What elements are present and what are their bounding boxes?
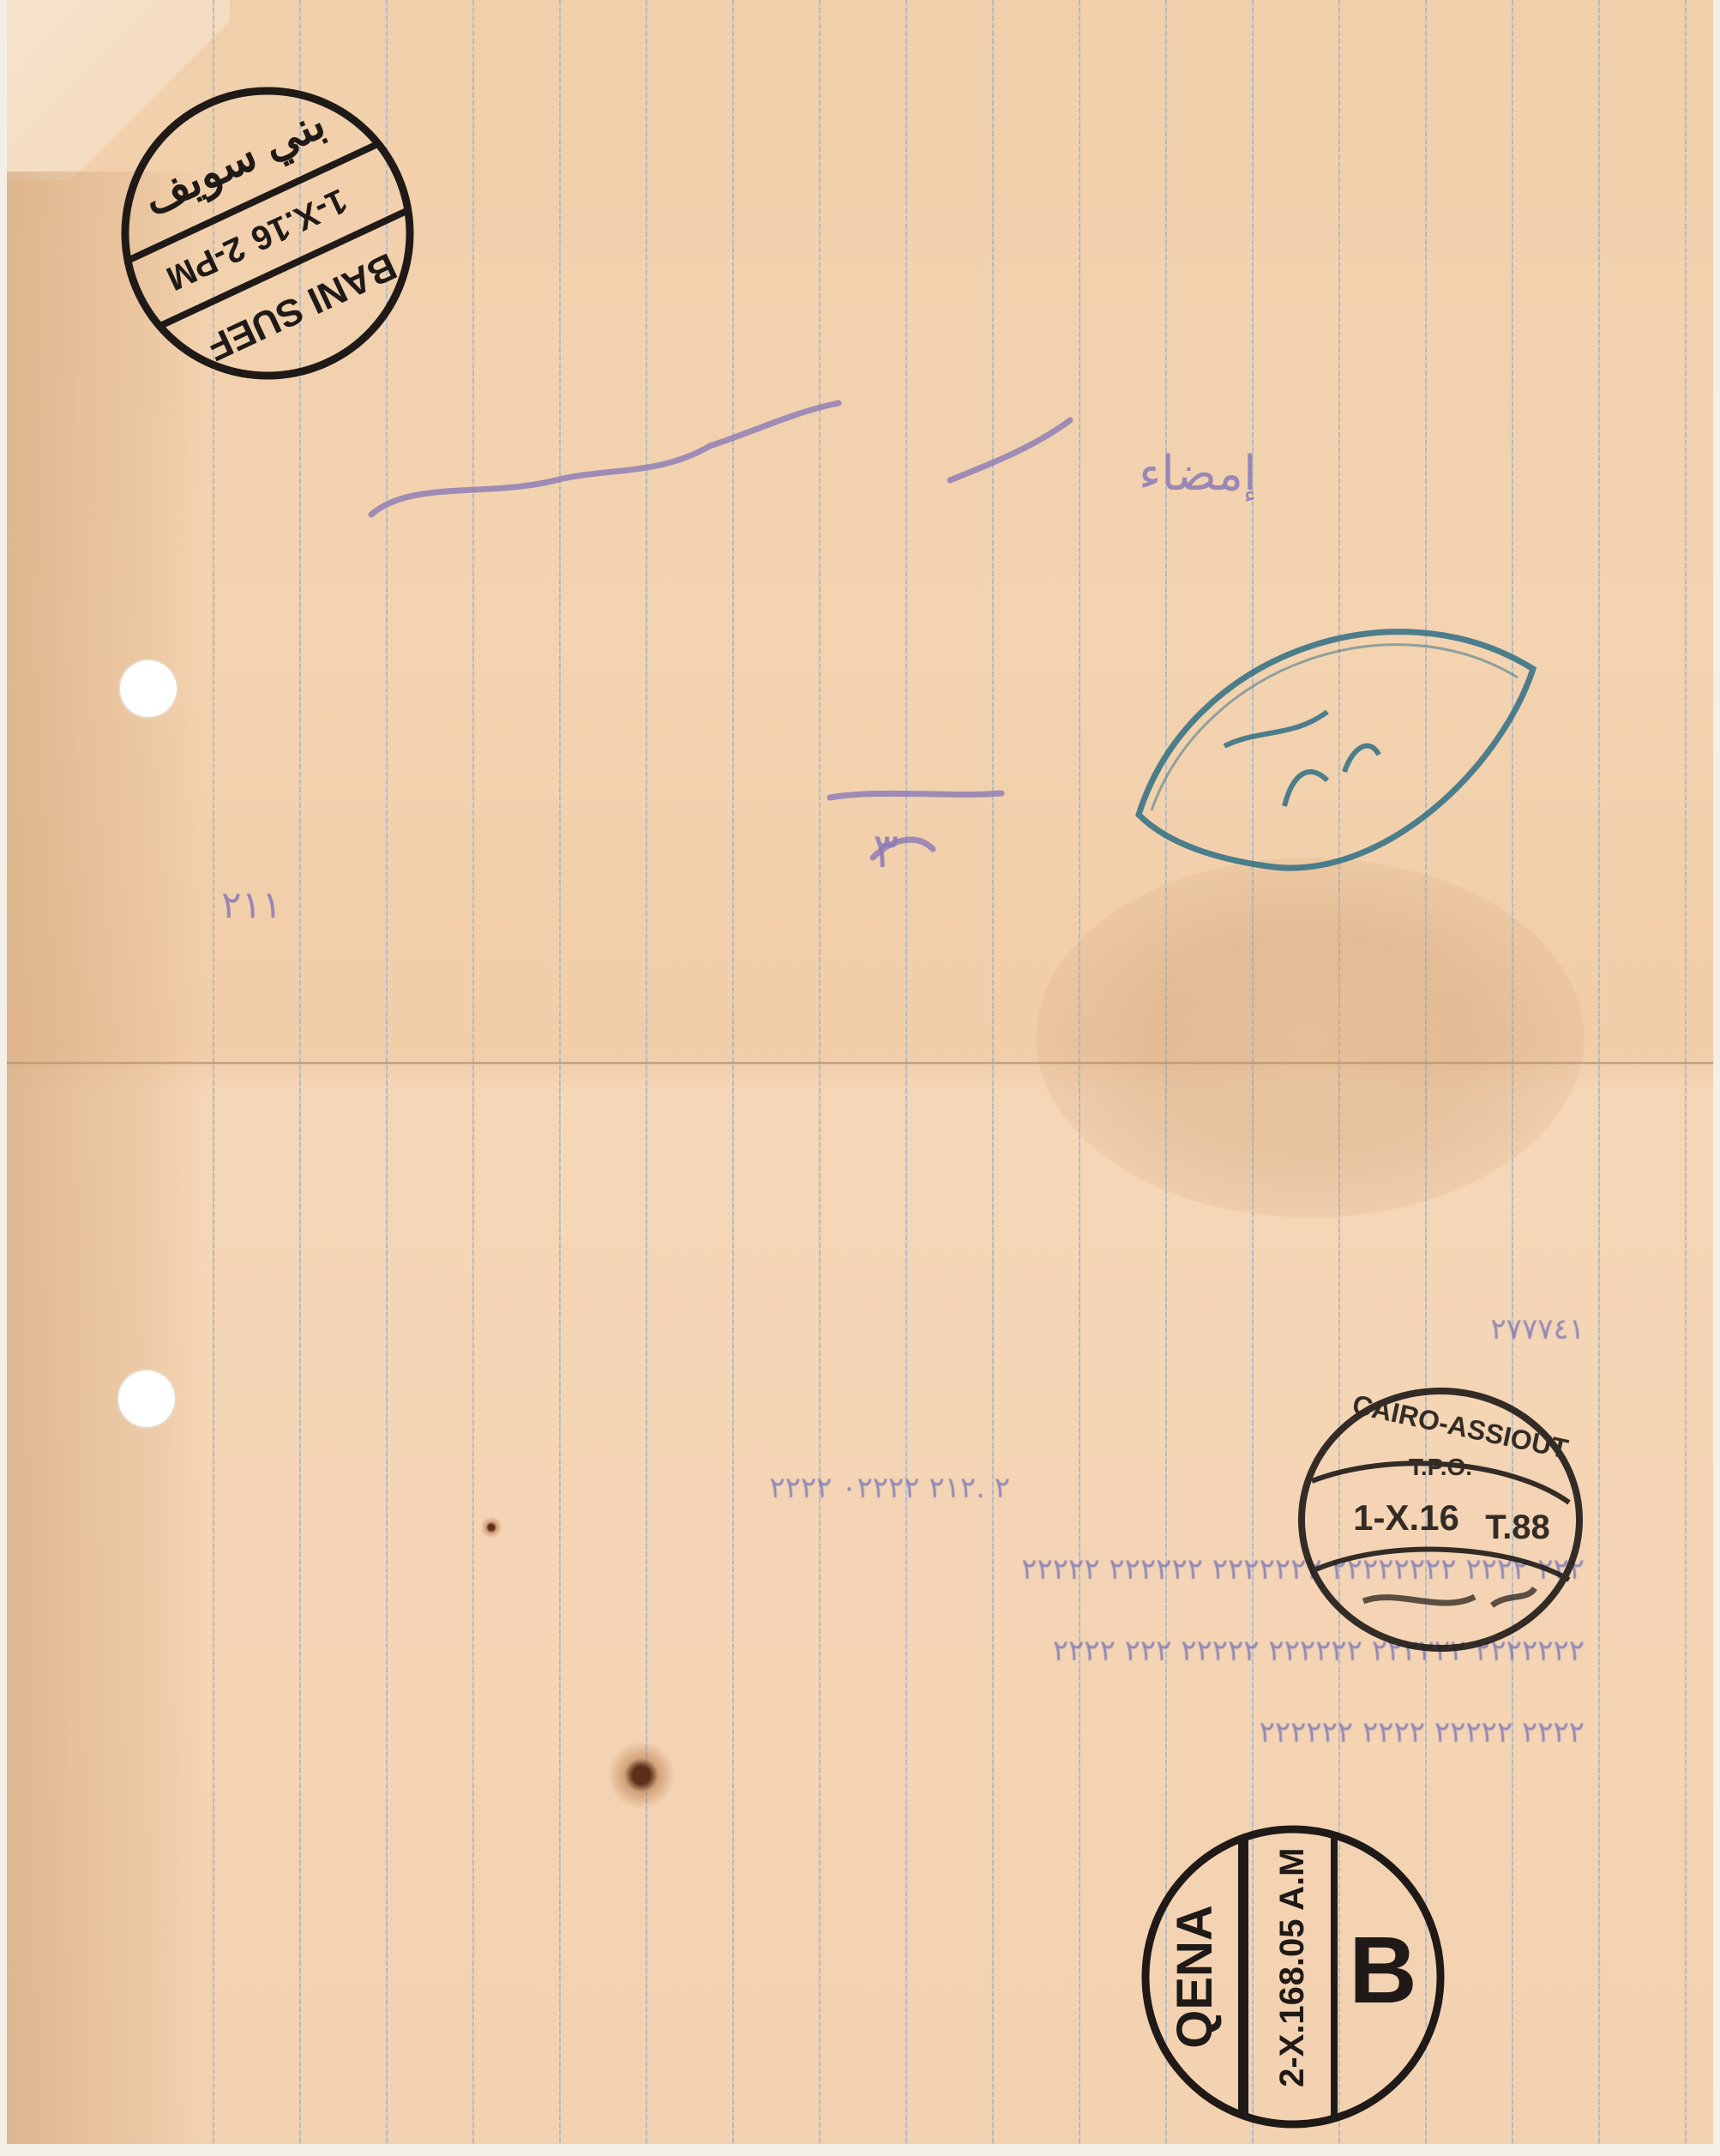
document-sheet: إمضاء ٣ ٢١١ ٢٧٧٧٤١ ٢ .٢١٢ ٠٢٢٢٢ ٢٢٢٢ ٢٢٢…: [7, 0, 1713, 2144]
qena-place: QENA: [1167, 1905, 1223, 2049]
cairo-assiout-service: T.P.O.: [1409, 1454, 1472, 1480]
blue-oval-seal: [1139, 632, 1533, 868]
postmark-qena: QENA 2-X.16 8.05 A.M B: [1146, 1829, 1440, 2124]
cairo-assiout-code: T.88: [1485, 1509, 1550, 1546]
stamps-layer: بني سويف 1-X.16 2-PM BANI SUEF CAIRO-ASS…: [7, 0, 1713, 2144]
qena-letter: B: [1349, 1918, 1416, 2023]
postmark-cairo-assiout: CAIRO-ASSIOUT T.P.O. 1-X.16 T.88: [1302, 1388, 1579, 1648]
qena-time: 8.05 A.M: [1273, 1848, 1311, 1986]
postmark-bani-suef: بني سويف 1-X.16 2-PM BANI SUEF: [78, 44, 456, 422]
qena-date: 2-X.16: [1273, 1986, 1311, 2087]
handwritten-strokes: [371, 403, 1070, 858]
cairo-assiout-date: 1-X.16: [1353, 1497, 1459, 1538]
